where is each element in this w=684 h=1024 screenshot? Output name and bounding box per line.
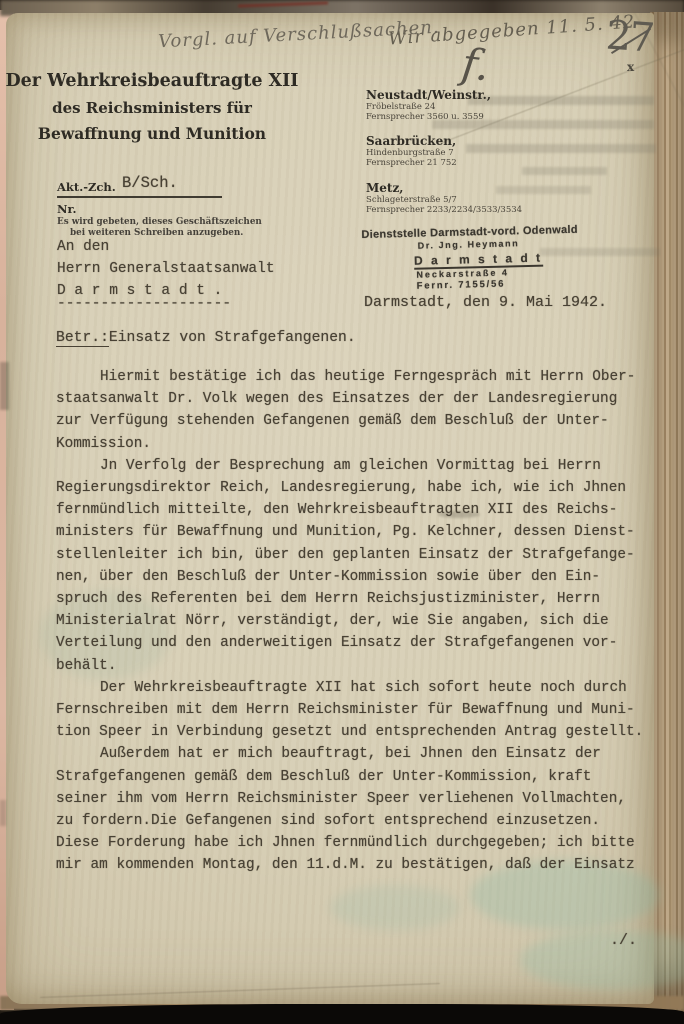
office-stamp: Dienststelle Darmstadt-vord. Odenwald Dr… [361,223,612,293]
subject-label: Betr.: [56,330,109,347]
stamp-line3: D a r m s t a d t [414,251,543,270]
recipient-dashes: -------------------- [57,296,231,312]
body-paragraph-1: Hiermit bestätige ich das heutige Fernge… [56,366,656,455]
nr-label: Nr. [57,202,77,216]
office-city: Saarbrücken, [366,134,457,148]
file-ref-note-line2: bei weiteren Schreiben anzugeben. [70,228,243,238]
recipient-line2: Herrn Generalstaatsanwalt [57,261,275,277]
body-paragraph-4: Außerdem hat er mich beauftragt, bei Jhn… [56,743,656,876]
office-street: Fröbelstraße 24 [366,102,491,112]
letterhead-line2: des Reichsministers für [2,96,302,121]
letter-body: Hiermit bestätige ich das heutige Fernge… [56,366,656,877]
office-phone: Fernsprecher 21 752 [366,158,457,168]
office-neustadt: Neustadt/Weinstr., Fröbelstraße 24 Ferns… [366,88,491,122]
body-paragraph-3: Der Wehrkreisbeauftragte XII hat sich so… [56,677,656,744]
pencil-page-number: 27 [604,12,654,61]
letterhead: Der Wehrkreisbeauftragte XII des Reichsm… [2,66,302,146]
dateline: Darmstadt, den 9. Mai 1942. [364,294,607,311]
subject-text: Einsatz von Strafgefangenen. [109,330,356,346]
pencil-x-mark: x [627,60,634,74]
file-ref-label: Akt.-Zch. [57,180,116,194]
file-ref-underline [57,196,222,198]
office-phone: Fernsprecher 3560 u. 3559 [366,112,491,122]
office-city: Neustadt/Weinstr., [366,88,491,102]
office-street: Schlageterstraße 5/7 [366,195,522,205]
scanned-letter-photo: Vorgl. auf Verschlußsachen. Wir abgegebe… [0,0,684,1024]
file-ref-note-line1: Es wird gebeten, dieses Geschäftszeichen [57,217,262,227]
office-street: Hindenburgstraße 7 [366,148,457,158]
office-metz: Metz, Schlageterstraße 5/7 Fernsprecher … [366,181,522,215]
letterhead-line1: Der Wehrkreisbeauftragte XII [2,66,302,96]
letterhead-line3: Bewaffnung und Munition [2,121,302,146]
photo-bottom-shadow [0,1004,684,1024]
office-saarbruecken: Saarbrücken, Hindenburgstraße 7 Fernspre… [366,134,457,168]
recipient-line1: An den [57,239,109,255]
subject-line: Betr.:Einsatz von Strafgefangenen. [56,328,356,346]
office-phone: Fernsprecher 2233/2234/3533/3534 [366,205,522,215]
body-paragraph-2: Jn Verfolg der Besprechung am gleichen V… [56,455,656,677]
file-ref-value: B/Sch. [122,174,178,192]
office-city: Metz, [366,181,522,195]
continuation-mark: ./. [610,932,637,949]
